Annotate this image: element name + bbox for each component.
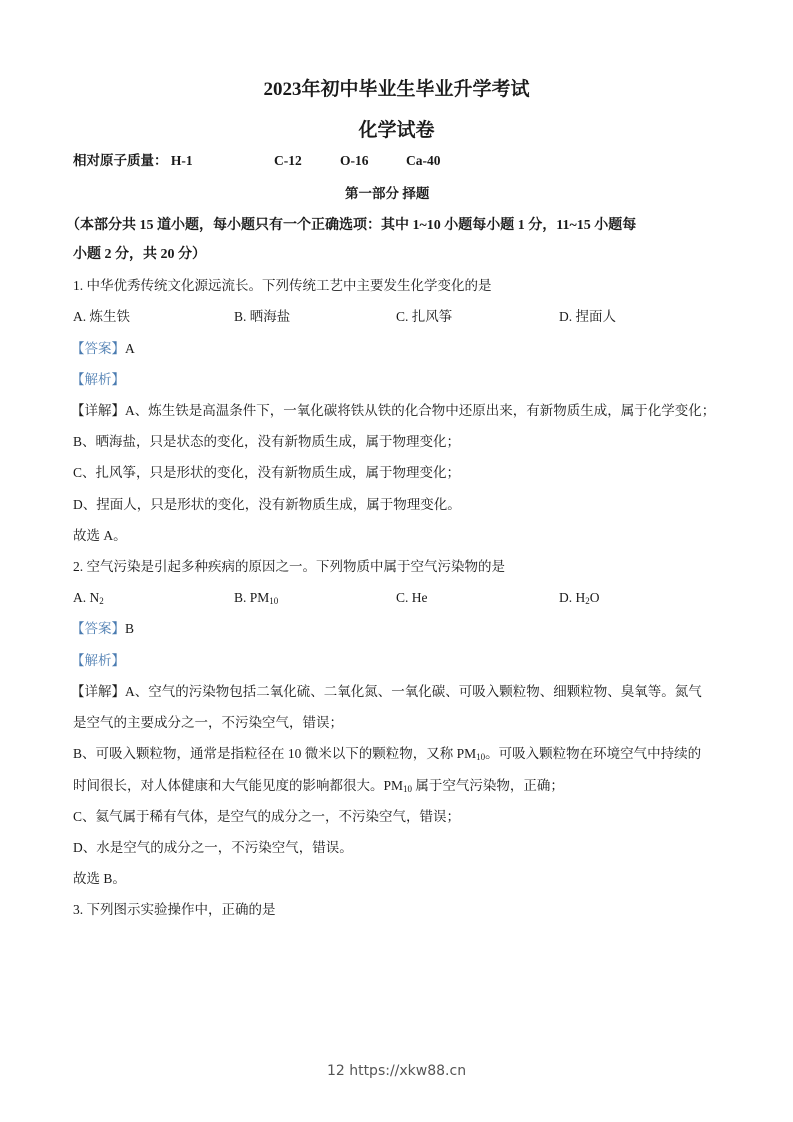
question-2-detail-b2: 时间很长，对人体健康和大气能见度的影响都很大。PM10 属于空气污染物，正确； bbox=[73, 777, 564, 795]
section-title: 第一部分 择题 bbox=[345, 185, 429, 203]
question-3-stem: 3. 下列图示实验操作中，正确的是 bbox=[73, 901, 276, 919]
question-1-option-b: B. 晒海盐 bbox=[234, 308, 290, 326]
question-2-detail-a1: 【详解】A、空气的污染物包括二氧化硫、二氧化氮、一氧化碳、可吸入颗粒物、细颗粒物… bbox=[71, 683, 702, 701]
question-1-detail-c: C、扎风筝，只是形状的变化，没有新物质生成，属于物理变化； bbox=[73, 464, 460, 482]
exam-subtitle: 化学试卷 bbox=[0, 115, 793, 142]
answer-tag: 【答案】 bbox=[71, 341, 125, 356]
question-2-detail-a2: 是空气的主要成分之一，不污染空气，错误； bbox=[73, 714, 343, 732]
question-2-option-b: B. PM10 bbox=[234, 589, 278, 607]
section-note-line1: （本部分共 15 道小题，每小题只有一个正确选项：其中 1~10 小题每小题 1… bbox=[66, 217, 636, 235]
atomic-mass-h: H-1 bbox=[171, 153, 193, 168]
atomic-mass-row: 相对原子质量： H-1 bbox=[73, 152, 193, 170]
question-1-detail-d: D、捏面人，只是形状的变化，没有新物质生成，属于物理变化。 bbox=[73, 496, 461, 514]
question-2-detail-d: D、水是空气的成分之一，不污染空气，错误。 bbox=[73, 839, 353, 857]
section-note-line2: 小题 2 分，共 20 分） bbox=[73, 246, 206, 264]
question-2-answer: 【答案】B bbox=[71, 620, 134, 638]
question-2-option-d: D. H2O bbox=[559, 589, 600, 607]
page-footer: 12 https://xkw88.cn bbox=[0, 1063, 793, 1079]
question-2-detail-c: C、氦气属于稀有气体，是空气的成分之一，不污染空气，错误； bbox=[73, 808, 460, 826]
answer-tag: 【答案】 bbox=[71, 621, 125, 636]
question-2-conclusion: 故选 B。 bbox=[73, 870, 126, 888]
question-1-option-d: D. 捏面人 bbox=[559, 308, 616, 326]
question-1-option-c: C. 扎风筝 bbox=[396, 308, 452, 326]
answer-value: B bbox=[125, 621, 134, 636]
atomic-mass-label: 相对原子质量： bbox=[73, 153, 168, 168]
atomic-mass-o: O-16 bbox=[340, 152, 369, 170]
detail-tag: 【详解】 bbox=[71, 684, 125, 699]
question-1-detail-b: B、晒海盐，只是状态的变化，没有新物质生成，属于物理变化； bbox=[73, 433, 460, 451]
answer-value: A bbox=[125, 341, 135, 356]
document-page: 2023年初中毕业生毕业升学考试 化学试卷 相对原子质量： H-1 C-12 O… bbox=[0, 0, 793, 1122]
question-2-stem: 2. 空气污染是引起多种疾病的原因之一。下列物质中属于空气污染物的是 bbox=[73, 558, 505, 576]
question-1-detail-a: 【详解】A、炼生铁是高温条件下，一氧化碳将铁从铁的化合物中还原出来，有新物质生成… bbox=[71, 402, 715, 420]
question-1-analysis-tag: 【解析】 bbox=[71, 371, 125, 389]
question-2-option-c: C. He bbox=[396, 589, 428, 607]
question-1-conclusion: 故选 A。 bbox=[73, 527, 127, 545]
detail-tag: 【详解】 bbox=[71, 403, 125, 418]
question-2-analysis-tag: 【解析】 bbox=[71, 652, 125, 670]
exam-title: 2023年初中毕业生毕业升学考试 bbox=[0, 74, 793, 101]
question-1-option-a: A. 炼生铁 bbox=[73, 308, 130, 326]
atomic-mass-ca: Ca-40 bbox=[406, 152, 441, 170]
atomic-mass-c: C-12 bbox=[274, 152, 302, 170]
question-2-detail-b1: B、可吸入颗粒物，通常是指粒径在 10 微米以下的颗粒物，又称 PM10。可吸入… bbox=[73, 745, 701, 763]
question-1-answer: 【答案】A bbox=[71, 340, 135, 358]
question-2-option-a: A. N2 bbox=[73, 589, 104, 607]
question-1-stem: 1. 中华优秀传统文化源远流长。下列传统工艺中主要发生化学变化的是 bbox=[73, 277, 492, 295]
